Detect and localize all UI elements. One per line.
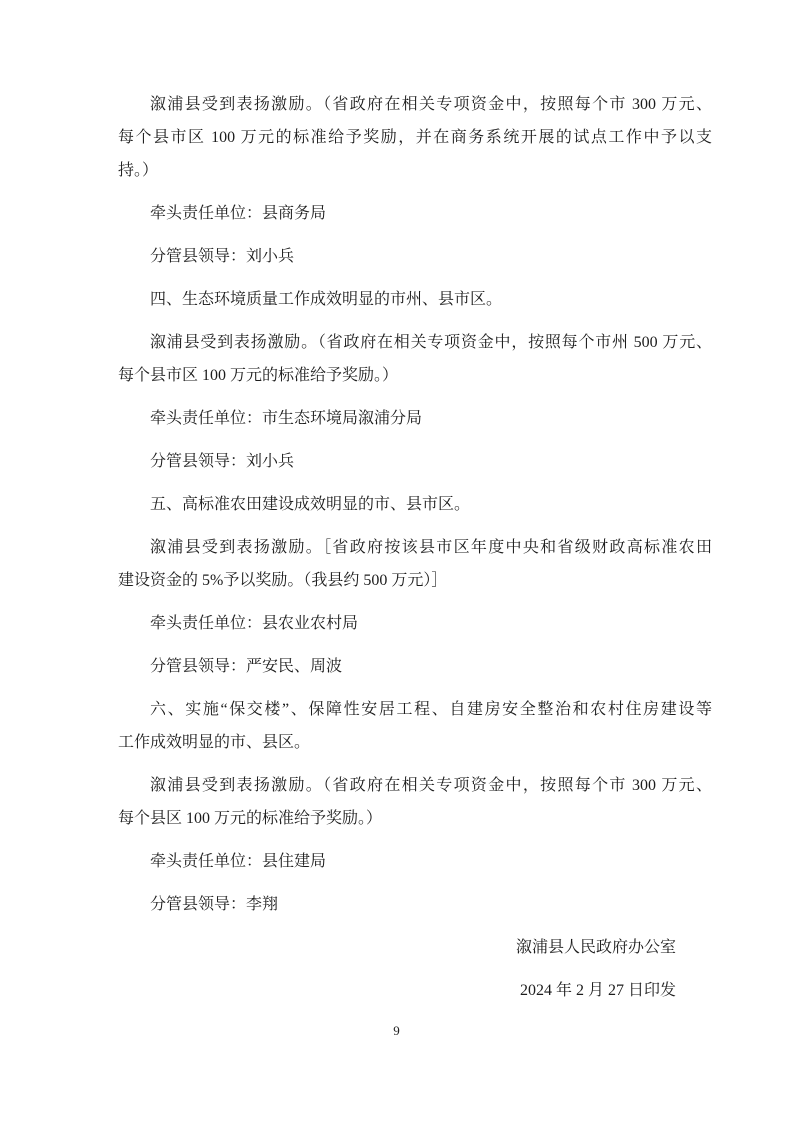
text-line: 牵头责任单位：县农业农村局	[118, 607, 712, 640]
text-line: 分管县领导：李翔	[118, 888, 712, 921]
para-lead-unit-environment: 牵头责任单位：市生态环境局溆浦分局	[118, 402, 712, 435]
text-line: 分管县领导：刘小兵	[118, 240, 712, 273]
document-page: 溆浦县受到表扬激励。（省政府在相关专项资金中，按照每个市 300 万元、每个县市…	[0, 0, 793, 1122]
signature-issuing-office: 溆浦县人民政府办公室	[118, 931, 712, 964]
text-line: 溆浦县受到表扬激励。（省政府在相关专项资金中，按照每个市州 500 万元、	[118, 326, 712, 359]
para-lead-unit-commerce: 牵头责任单位：县商务局	[118, 197, 712, 230]
text-line: 六、实施“保交楼”、保障性安居工程、自建房安全整治和农村住房建设等	[118, 693, 712, 726]
text-line: 牵头责任单位：市生态环境局溆浦分局	[118, 402, 712, 435]
text-line: 分管县领导：刘小兵	[118, 445, 712, 478]
para-reward-commerce: 溆浦县受到表扬激励。（省政府在相关专项资金中，按照每个市 300 万元、每个县市…	[118, 88, 712, 187]
para-lead-unit-agriculture: 牵头责任单位：县农业农村局	[118, 607, 712, 640]
text-line: 溆浦县受到表扬激励。（省政府在相关专项资金中，按照每个市 300 万元、	[118, 769, 712, 802]
para-lead-unit-housing: 牵头责任单位：县住建局	[118, 845, 712, 878]
para-county-leader-1: 分管县领导：刘小兵	[118, 240, 712, 273]
text-line: 溆浦县受到表扬激励。［省政府按该县市区年度中央和省级财政高标准农田	[118, 531, 712, 564]
text-line: 每个县市区 100 万元的标准给予奖励，并在商务系统开展的试点工作中予以支	[118, 121, 712, 154]
text-line: 溆浦县受到表扬激励。（省政府在相关专项资金中，按照每个市 300 万元、	[118, 88, 712, 121]
text-line: 溆浦县人民政府办公室	[118, 931, 676, 964]
text-line: 分管县领导：严安民、周波	[118, 650, 712, 683]
page-number: 9	[393, 1023, 400, 1038]
text-line: 2024 年 2 月 27 日印发	[118, 974, 676, 1007]
para-reward-farmland: 溆浦县受到表扬激励。［省政府按该县市区年度中央和省级财政高标准农田建设资金的 5…	[118, 531, 712, 597]
heading-section-5: 五、高标准农田建设成效明显的市、县市区。	[118, 488, 712, 521]
text-line: 牵头责任单位：县商务局	[118, 197, 712, 230]
text-line: 每个县市区 100 万元的标准给予奖励。）	[118, 359, 712, 392]
para-county-leader-2: 分管县领导：刘小兵	[118, 445, 712, 478]
document-body: 溆浦县受到表扬激励。（省政府在相关专项资金中，按照每个市 300 万元、每个县市…	[118, 88, 712, 1007]
text-line: 建设资金的 5%予以奖励。（我县约 500 万元）］	[118, 564, 712, 597]
text-line: 四、生态环境质量工作成效明显的市州、县市区。	[118, 283, 712, 316]
print-date: 2024 年 2 月 27 日印发	[118, 974, 712, 1007]
heading-section-6: 六、实施“保交楼”、保障性安居工程、自建房安全整治和农村住房建设等工作成效明显的…	[118, 693, 712, 759]
para-county-leader-3: 分管县领导：严安民、周波	[118, 650, 712, 683]
para-reward-housing: 溆浦县受到表扬激励。（省政府在相关专项资金中，按照每个市 300 万元、每个县区…	[118, 769, 712, 835]
text-line: 每个县区 100 万元的标准给予奖励。）	[118, 802, 712, 835]
para-county-leader-4: 分管县领导：李翔	[118, 888, 712, 921]
text-line: 工作成效明显的市、县区。	[118, 726, 712, 759]
heading-section-4: 四、生态环境质量工作成效明显的市州、县市区。	[118, 283, 712, 316]
text-line: 五、高标准农田建设成效明显的市、县市区。	[118, 488, 712, 521]
text-line: 持。）	[118, 154, 712, 187]
text-line: 牵头责任单位：县住建局	[118, 845, 712, 878]
para-reward-environment: 溆浦县受到表扬激励。（省政府在相关专项资金中，按照每个市州 500 万元、每个县…	[118, 326, 712, 392]
page-footer: 9	[0, 1022, 793, 1040]
